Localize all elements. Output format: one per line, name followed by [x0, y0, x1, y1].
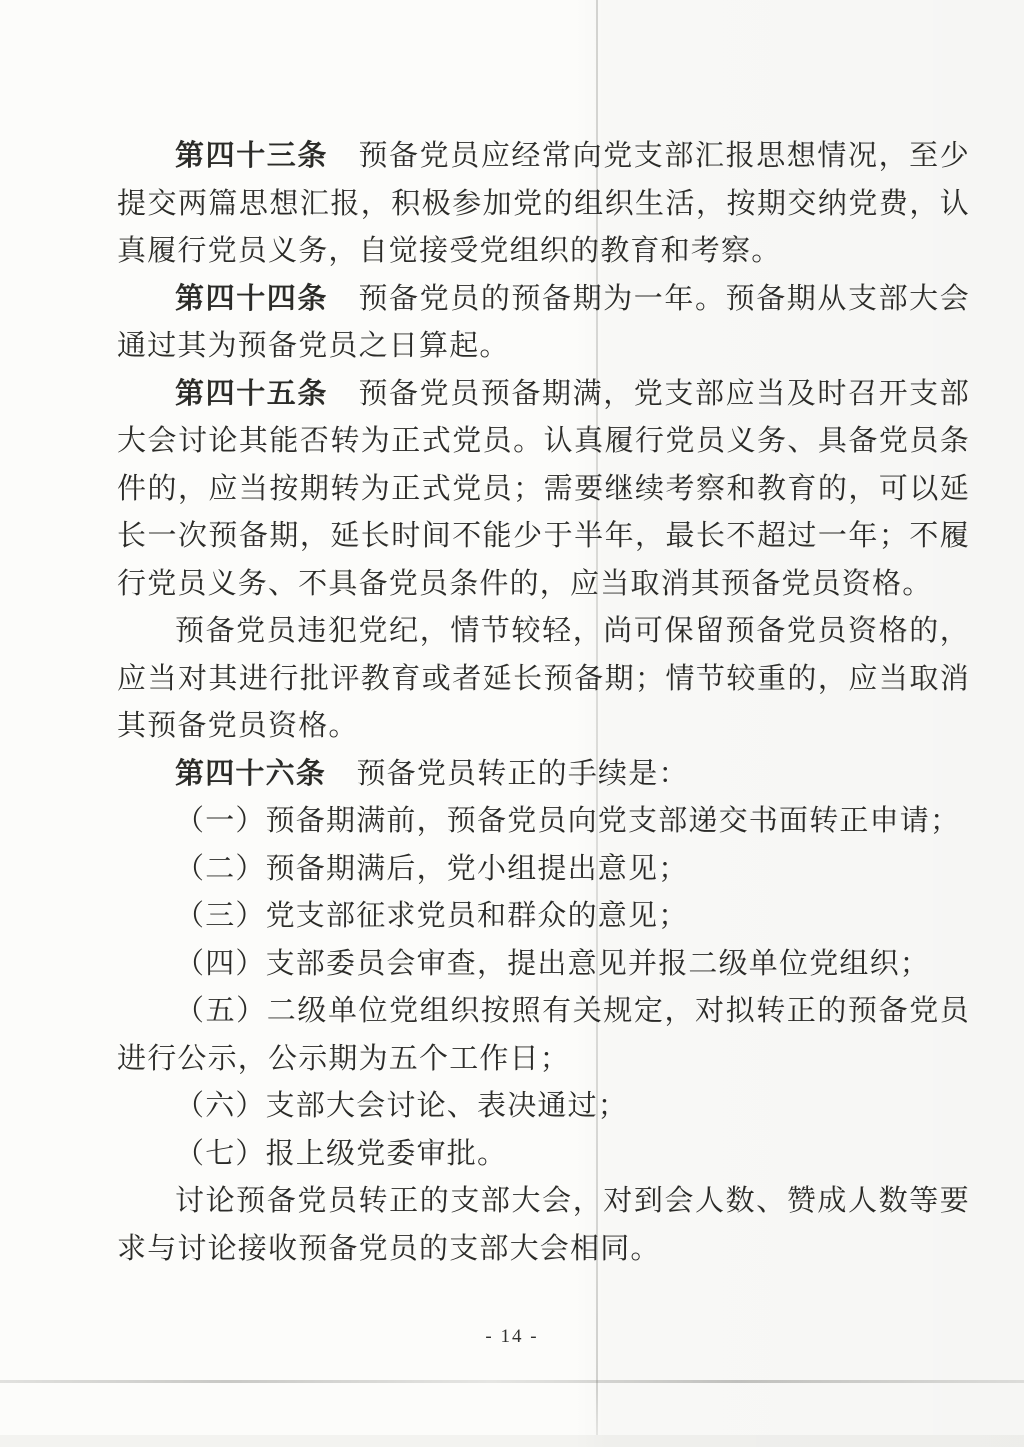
procedure-item-1-text: （一）预备期满前，预备党员向党支部递交书面转正申请；	[175, 805, 960, 837]
article-45-text: 预备党员预备期满，党支部应当及时召开支部大会讨论其能否转为正式党员。认真履行党员…	[117, 378, 970, 600]
article-45-supplement-text: 预备党员违犯党纪，情节较轻，尚可保留预备党员资格的，应当对其进行批评教育或者延长…	[117, 615, 970, 742]
procedure-item-5: （五）二级单位党组织按照有关规定，对拟转正的预备党员进行公示，公示期为五个工作日…	[117, 988, 970, 1083]
article-45-supplement-paragraph: 预备党员违犯党纪，情节较轻，尚可保留预备党员资格的，应当对其进行批评教育或者延长…	[117, 608, 970, 751]
procedure-item-6: （六）支部大会讨论、表决通过；	[117, 1083, 970, 1131]
closing-paragraph: 讨论预备党员转正的支部大会，对到会人数、赞成人数等要求与讨论接收预备党员的支部大…	[117, 1178, 970, 1273]
procedure-item-2-text: （二）预备期满后，党小组提出意见；	[175, 853, 688, 885]
scanned-document-page: 第四十三条预备党员应经常向党支部汇报思想情况，至少提交两篇思想汇报，积极参加党的…	[0, 0, 1024, 1447]
procedure-item-7: （七）报上级党委审批。	[117, 1131, 970, 1179]
article-45-number: 第四十五条	[175, 378, 328, 410]
procedure-item-6-text: （六）支部大会讨论、表决通过；	[175, 1090, 628, 1122]
procedure-item-1: （一）预备期满前，预备党员向党支部递交书面转正申请；	[117, 798, 970, 846]
procedure-item-7-text: （七）报上级党委审批。	[175, 1138, 507, 1170]
article-46-paragraph: 第四十六条预备党员转正的手续是：	[117, 751, 970, 799]
closing-paragraph-text: 讨论预备党员转正的支部大会，对到会人数、赞成人数等要求与讨论接收预备党员的支部大…	[117, 1185, 970, 1265]
procedure-item-3: （三）党支部征求党员和群众的意见；	[117, 893, 970, 941]
procedure-item-5-text: （五）二级单位党组织按照有关规定，对拟转正的预备党员进行公示，公示期为五个工作日…	[117, 995, 970, 1075]
article-44-number: 第四十四条	[175, 283, 328, 315]
procedure-item-4: （四）支部委员会审查，提出意见并报二级单位党组织；	[117, 941, 970, 989]
document-body: 第四十三条预备党员应经常向党支部汇报思想情况，至少提交两篇思想汇报，积极参加党的…	[117, 133, 970, 1273]
article-43-paragraph: 第四十三条预备党员应经常向党支部汇报思想情况，至少提交两篇思想汇报，积极参加党的…	[117, 133, 970, 276]
procedure-item-3-text: （三）党支部征求党员和群众的意见；	[175, 900, 688, 932]
article-46-number: 第四十六条	[175, 758, 326, 790]
procedure-item-2: （二）预备期满后，党小组提出意见；	[117, 846, 970, 894]
article-45-paragraph: 第四十五条预备党员预备期满，党支部应当及时召开支部大会讨论其能否转为正式党员。认…	[117, 371, 970, 609]
article-44-paragraph: 第四十四条预备党员的预备期为一年。预备期从支部大会通过其为预备党员之日算起。	[117, 276, 970, 371]
scan-artifact-line	[0, 1380, 1024, 1383]
procedure-item-4-text: （四）支部委员会审查，提出意见并报二级单位党组织；	[175, 948, 930, 980]
page-number: - 14 -	[0, 1326, 1024, 1348]
article-43-number: 第四十三条	[175, 140, 328, 172]
article-46-text: 预备党员转正的手续是：	[356, 758, 688, 790]
scan-edge-strip	[0, 1435, 1024, 1447]
